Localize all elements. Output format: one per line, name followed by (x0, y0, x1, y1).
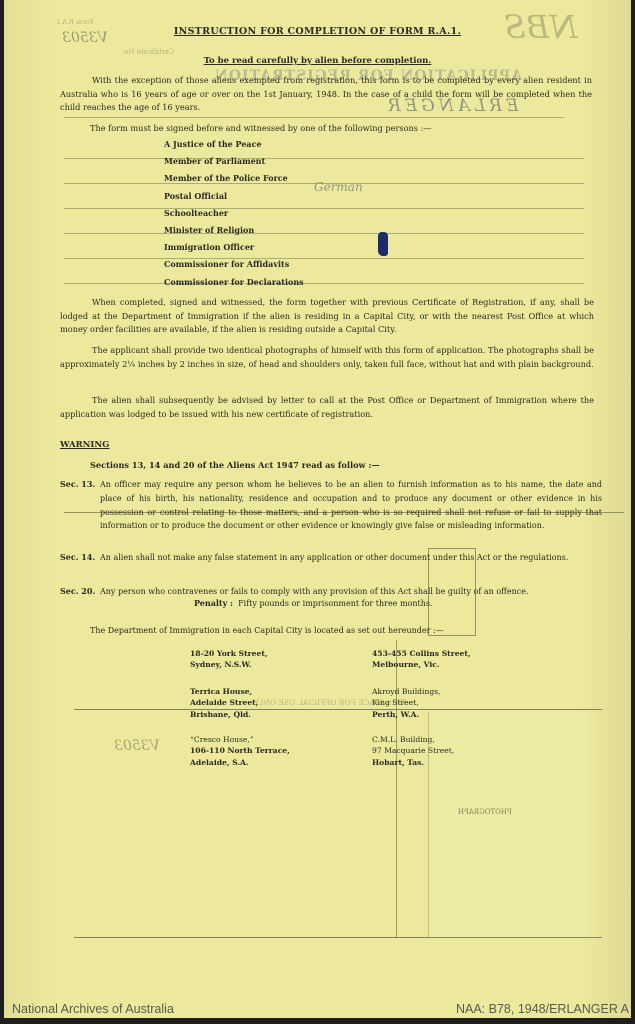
witness-item: Member of the Police Force (164, 170, 304, 187)
witness-item: Postal Official (164, 188, 304, 205)
penalty: Penalty : Fifty pounds or imprisonment f… (194, 598, 433, 608)
section-13: Sec. 13. An officer may require any pers… (60, 478, 605, 548)
section-label: Sec. 20. (60, 585, 95, 599)
photographs-paragraph: The applicant shall provide two identica… (60, 344, 594, 371)
lodging-paragraph: When completed, signed and witnessed, th… (60, 296, 594, 337)
warning-heading: WARNING (60, 440, 109, 450)
witness-item: Schoolteacher (164, 205, 304, 222)
office-adelaide: “Cresco House,”106-110 North Terrace,Ade… (190, 734, 290, 768)
document-subtitle: To be read carefully by alien before com… (4, 56, 631, 66)
registration-stamp-box (428, 548, 476, 636)
section-text: An alien shall not make any false statem… (100, 551, 602, 565)
document-title: INSTRUCTION FOR COMPLETION OF FORM R.A.1… (4, 26, 631, 37)
witness-item: Commissioner for Declarations (164, 274, 304, 291)
document-page: Form R.A.1. V3503 Certificate No. NBS AP… (4, 0, 631, 1018)
form-id-label: Form R.A.1. (54, 18, 93, 26)
section-text: An officer may require any person whom h… (100, 478, 602, 533)
photograph-label: PHOTOGRAPH (458, 808, 512, 816)
handwritten-nationality: German (314, 180, 363, 194)
witness-item: Immigration Officer (164, 239, 304, 256)
department-intro: The Department of Immigration in each Ca… (90, 626, 444, 635)
official-use-showthrough: THIS SPACE FOR OFFICIAL USE ONLY (254, 698, 406, 707)
certificate-no-label: Certificate No. (122, 48, 174, 56)
photograph-area (428, 712, 597, 938)
ink-blot (378, 232, 388, 256)
witness-item: Member of Parliament (164, 153, 304, 170)
witness-item: A Justice of the Peace (164, 136, 304, 153)
witness-intro: The form must be signed before and witne… (90, 122, 590, 136)
office-brisbane: Terrica House,Adelaide Street,Brisbane, … (190, 686, 258, 720)
section-label: Sec. 14. (60, 551, 95, 565)
intro-paragraph: With the exception of those aliens exemp… (60, 74, 592, 115)
sections-intro: Sections 13, 14 and 20 of the Aliens Act… (90, 460, 380, 470)
witness-list: A Justice of the Peace Member of Parliam… (164, 136, 304, 291)
office-sydney: 18-20 York Street,Sydney, N.S.W. (190, 648, 267, 671)
issued-number-handwritten: V3503 (114, 738, 160, 754)
witness-item: Minister of Religion (164, 222, 304, 239)
archive-reference: NAA: B78, 1948/ERLANGER A (456, 1002, 629, 1016)
section-label: Sec. 13. (60, 478, 95, 492)
witness-item: Commissioner for Affidavits (164, 256, 304, 273)
archive-name: National Archives of Australia (12, 1002, 174, 1016)
advice-paragraph: The alien shall subsequently be advised … (60, 394, 594, 421)
section-text: Any person who contravenes or fails to c… (100, 585, 602, 599)
section-14: Sec. 14. An alien shall not make any fal… (60, 551, 605, 581)
office-melbourne: 453-455 Collins Street,Melbourne, Vic. (372, 648, 471, 671)
